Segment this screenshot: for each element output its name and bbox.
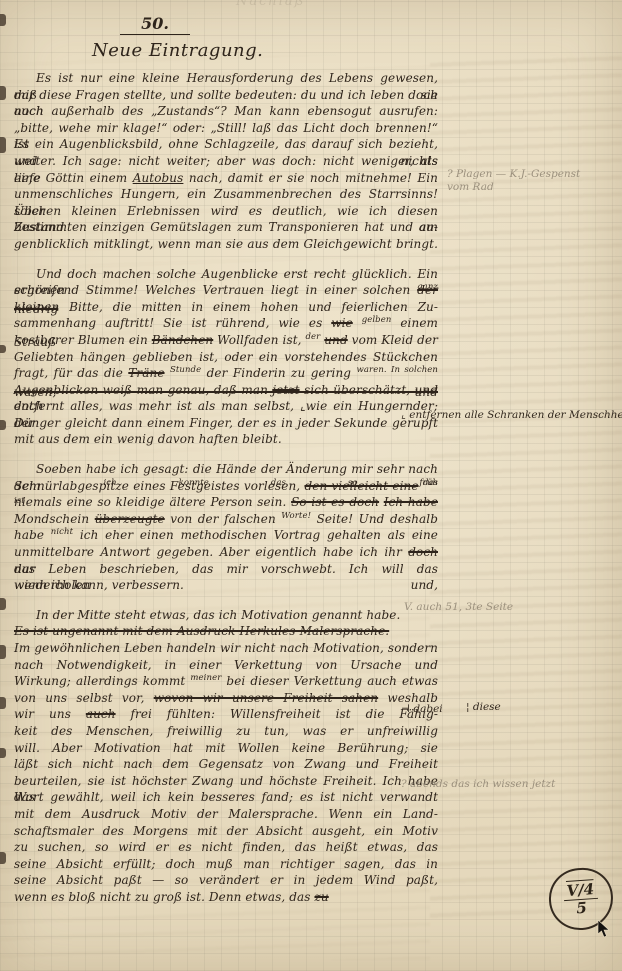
manuscript-line: sammenhang auftritt! Sie ist rührend, wi…	[14, 315, 438, 332]
handwritten-text: niemals eine so kleidige ältere Person s…	[14, 495, 291, 509]
ink-margin-note: ⊣ dabei	[401, 703, 443, 716]
handwritten-text: Im gewöhnlichen Leben handeln wir nicht …	[14, 641, 438, 655]
manuscript-line: wenn es bloß nicht zu groß ist. Denn etw…	[14, 889, 438, 906]
handwritten-text: von uns selbst vor,	[14, 691, 154, 705]
handwritten-text: Augenblicken weiß man genau, daß man	[14, 383, 272, 397]
handwritten-text: Autobus	[133, 171, 184, 185]
manuscript-line: noch außerhalb des „Zustands“? Man kann …	[14, 103, 438, 120]
interlinear-insertion: meiner	[190, 673, 221, 683]
edge-mark	[0, 748, 6, 758]
handwritten-text: will. Aber Motivation hat mit Wollen kei…	[14, 741, 438, 755]
manuscript-line: weiter. Ich sage: nicht weiter; aber was…	[14, 153, 438, 170]
handwritten-text: bei dieser Verkettung auch etwas	[221, 674, 438, 688]
margin-note-line: ⊣ dabei	[401, 703, 443, 716]
handwritten-text: läßt sich nicht nach dem Gegensatz von Z…	[14, 757, 438, 771]
pencil-margin-note: ? Plagen — K.J.-Gespenst vom Rad	[447, 168, 580, 194]
ink-margin-note: ⌞ entfernen alle Schranken der Menschhei…	[401, 409, 622, 422]
handwritten-text: keit des Menschen, freiwillig zu tun, wa…	[14, 724, 438, 738]
handwritten-text: Wollfaden ist,	[213, 333, 305, 347]
manuscript-line: will. Aber Motivation hat mit Wollen kei…	[14, 740, 438, 757]
handwritten-text: genblicklich mitklingt, wenn man sie aus…	[14, 237, 438, 251]
edge-mark	[0, 420, 6, 430]
manuscript-line: mit aus dem ein wenig davon haften bleib…	[14, 431, 438, 448]
handwritten-text: von der falschen	[165, 512, 282, 526]
margin-note-line: ? abends das ich wissen jetzt	[401, 778, 555, 791]
manuscript-line: Soeben habe ich gesagt: die Hände der Än…	[14, 461, 438, 478]
edge-mark	[0, 14, 6, 26]
handwritten-text: wir uns	[14, 707, 86, 721]
manuscript-line: unmittelbare Antwort gegeben. Aber eigen…	[14, 544, 438, 561]
manuscript-line: schaftsmaler des Morgens mit der Absicht…	[14, 823, 438, 840]
manuscript-paragraph: Und doch machen solche Augenblicke erst …	[14, 266, 438, 449]
manuscript-line: kleinen Bitte, die mitten in einem hohen…	[14, 299, 438, 316]
manuscript-body: Es ist nur eine kleine Herausforderung d…	[14, 70, 438, 919]
manuscript-line: nach Notwendigkeit, in einer Verkettung …	[14, 657, 438, 674]
handwritten-text: schaftsmaler des Morgens mit der Absicht…	[14, 824, 438, 838]
interlinear-insertion: ich konnte das so früh	[103, 478, 438, 488]
manuscript-line: fragt, für das die Träne Stunde der Find…	[14, 365, 438, 382]
manuscript-line: Wirkung; allerdings kommt meiner bei die…	[14, 673, 438, 690]
struck-text: Träne	[128, 366, 164, 380]
margin-note-line: ? Plagen — K.J.-Gespenst	[447, 168, 580, 181]
manuscript-line: beurteilen, sie ist höchster Zwang und h…	[14, 773, 438, 790]
faint-pencil-header: Nachlaß	[236, 0, 305, 9]
interlinear-insertion: Worte!	[281, 511, 311, 521]
margin-note-line: vom Rad	[447, 181, 580, 194]
manuscript-line: Mondschein überzeugte von der falschen W…	[14, 511, 438, 528]
struck-text: Es ist ungenannt mit dem Ausdruck Herkul…	[14, 624, 389, 638]
manuscript-line: mit dem Ausdruck Motiv der Malersprache.…	[14, 806, 438, 823]
manuscript-line: von uns selbst vor, wovon wir unsere Fre…	[14, 690, 438, 707]
handwritten-text	[353, 316, 362, 330]
handwritten-text: nach Notwendigkeit, in einer Verkettung …	[14, 658, 438, 672]
handwritten-text: der Finderin zu gering	[201, 366, 356, 380]
manuscript-line: In der Mitte steht etwas, das ich Motiva…	[14, 607, 438, 624]
edge-mark	[0, 86, 6, 100]
handwritten-text: ergreifend Stimme! Welches Vertrauen lie…	[14, 283, 417, 297]
handwritten-text: kostbarer Blumen ein	[14, 333, 152, 347]
interlinear-insertion: ganz	[417, 282, 438, 292]
ink-margin-note: ¦ diese	[466, 701, 501, 714]
handwritten-text: frei fühlten: Willensfreiheit ist die Fä…	[116, 707, 438, 721]
manuscript-paragraph: Soeben habe ich gesagt: die Hände der Än…	[14, 461, 438, 594]
struck-text: So ist es doch	[291, 495, 379, 509]
handwritten-text: wenn es bloß nicht zu groß ist. Denn etw…	[14, 890, 314, 904]
handwritten-text: Dünger gleicht dann einem Finger, der es…	[14, 416, 438, 430]
struck-text: wie	[331, 316, 353, 330]
manuscript-line: keit des Menschen, freiwillig zu tun, wa…	[14, 723, 438, 740]
handwritten-text: Wirkung; allerdings kommt	[14, 674, 190, 688]
struck-text: wovon wir unsere Freiheit sahen	[154, 691, 378, 705]
handwritten-text: Wort gewählt, weil ich kein besseres fan…	[14, 790, 438, 804]
handwritten-text: eine Göttin einem	[14, 171, 133, 185]
handwritten-text: ich eher einen methodischen Vortrag geha…	[73, 528, 438, 542]
struck-text: doch	[408, 545, 438, 559]
handwritten-text: seine Absicht erfüllt; doch muß man rich…	[14, 857, 438, 871]
manuscript-line: ist ein Augenblicksbild, ohne Schlagzeil…	[14, 136, 438, 153]
manuscript-line: habe nicht ich eher einen methodischen V…	[14, 527, 438, 544]
struck-text: zu	[314, 890, 328, 904]
handwritten-text: zu suchen, so wird er es nicht finden, d…	[14, 840, 438, 854]
handwritten-text: Geliebten hängen geblieben ist, oder ein…	[14, 350, 438, 364]
edge-mark	[0, 345, 6, 353]
manuscript-line: bestimmten einzigen Gemütslagen zum Tran…	[14, 219, 438, 236]
margin-note-line: ⌞ entfernen alle Schranken der Menschhei…	[401, 409, 622, 422]
manuscript-line: wir uns auch frei fühlten: Willensfreihe…	[14, 706, 438, 723]
manuscript-line: Dünger gleicht dann einem Finger, der es…	[14, 415, 438, 432]
edge-mark	[0, 645, 6, 659]
manuscript-line: seine Absicht paßt — so verändert er in …	[14, 872, 438, 889]
manuscript-line: kostbarer Blumen ein Bändchen Wollfaden …	[14, 332, 438, 349]
handwritten-text: In der Mitte steht etwas, das ich Motiva…	[36, 608, 400, 622]
pencil-margin-note: ? abends das ich wissen jetzt	[401, 778, 555, 791]
manuscript-line: solchen kleinen Erlebnissen wird es deut…	[14, 203, 438, 220]
manuscript-line: entfernt alles, was mehr ist als man sel…	[14, 398, 438, 415]
handwritten-text: mit dem Ausdruck Motiv der Malersprache.…	[14, 807, 438, 821]
handwritten-text: sammenhang auftritt! Sie ist rührend, wi…	[14, 316, 331, 330]
manuscript-paragraph: In der Mitte steht etwas, das ich Motiva…	[14, 607, 438, 906]
interlinear-insertion: Stunde	[170, 365, 201, 375]
struck-text: Bändchen	[152, 333, 213, 347]
struck-text: jetzt	[272, 383, 299, 397]
interlinear-insertion: waren. In solchen	[357, 365, 438, 375]
manuscript-line: Im gewöhnlichen Leben handeln wir nicht …	[14, 640, 438, 657]
manuscript-line: „bitte, wehe mir klage!“ oder: „Still! l…	[14, 120, 438, 137]
struck-text: überzeugte	[95, 512, 165, 526]
margin-note-line: ¦ diese	[466, 701, 501, 714]
manuscript-line: Es ist ungenannt mit dem Ausdruck Herkul…	[14, 623, 438, 640]
mouse-cursor	[597, 920, 611, 938]
manuscript-line: Es ist nur eine kleine Herausforderung d…	[14, 70, 438, 87]
manuscript-line: unmenschliches Hungern, ein Zusammenbrec…	[14, 186, 438, 203]
handwritten-text: seine Absicht paßt — so verändert er in …	[14, 873, 438, 887]
handwritten-text: Mondschein	[14, 512, 95, 526]
manuscript-line: niemals eine so kleidige ältere Person s…	[14, 494, 438, 511]
struck-text: Ich habe	[384, 495, 438, 509]
manuscript-line: eine Göttin einem Autobus nach, damit er…	[14, 170, 438, 187]
manuscript-line: Und doch machen solche Augenblicke erst …	[14, 266, 438, 283]
interlinear-insertion: gelben	[362, 315, 392, 325]
struck-text: auch	[86, 707, 116, 721]
manuscript-line: mir diese Fragen stellte, und sollte bed…	[14, 87, 438, 104]
interlinear-insertion: nicht	[51, 527, 73, 537]
manuscript-scan-page: Nachlaß 50. Neue Eintragung. Es ist nur …	[0, 0, 622, 971]
edge-mark	[0, 852, 6, 864]
margin-note-line: V. auch 51, 3te Seite	[404, 601, 513, 614]
interlinear-insertion: der	[306, 332, 321, 342]
manuscript-line: läßt sich nicht nach dem Gegensatz von Z…	[14, 756, 438, 773]
manuscript-line: genblicklich mitklingt, wenn man sie aus…	[14, 236, 438, 253]
handwritten-text: noch außerhalb des „Zustands“? Man kann …	[14, 104, 438, 118]
handwritten-text: Seite! Und deshalb	[311, 512, 438, 526]
manuscript-line: ergreifend Stimme! Welches Vertrauen lie…	[14, 282, 438, 299]
edge-mark	[0, 598, 6, 610]
roman-numeral: V/4	[566, 880, 595, 900]
handwritten-text: nach, damit er sie noch mitnehme! Ein	[183, 171, 438, 185]
page-number: 50.	[120, 14, 190, 35]
entry-title: Neue Eintragung.	[92, 40, 263, 61]
manuscript-line: das Leben beschrieben, das mir vorschweb…	[14, 561, 438, 578]
manuscript-paragraph: Es ist nur eine kleine Herausforderung d…	[14, 70, 438, 253]
struck-text: und	[324, 333, 347, 347]
edge-mark	[0, 697, 6, 709]
manuscript-line: seine Absicht erfüllt; doch muß man rich…	[14, 856, 438, 873]
handwritten-text: unmittelbare Antwort gegeben. Aber eigen…	[14, 545, 408, 559]
manuscript-line: Wort gewählt, weil ich kein besseres fan…	[14, 789, 438, 806]
archive-number-bottom: 5	[576, 899, 588, 916]
handwritten-text: vom Kleid der	[348, 333, 438, 347]
handwritten-text: mit aus dem ein wenig davon haften bleib…	[14, 432, 282, 446]
manuscript-line: Augenblicken weiß man genau, daß man jet…	[14, 382, 438, 399]
handwritten-text: fragt, für das die	[14, 366, 128, 380]
handwritten-text: wenn ich kann, verbessern.	[14, 578, 184, 592]
edge-mark	[0, 137, 6, 153]
manuscript-line: Geliebten hängen geblieben ist, oder ein…	[14, 349, 438, 366]
pencil-margin-note: V. auch 51, 3te Seite	[404, 601, 513, 614]
archive-number-top: V/4	[563, 881, 598, 900]
handwritten-text: kleinen Bitte, die mitten in einem hohen…	[14, 300, 438, 314]
handwritten-text: bestimmten einzigen Gemütslagen zum Tran…	[14, 220, 438, 234]
manuscript-line: zu suchen, so wird er es nicht finden, d…	[14, 839, 438, 856]
handwritten-text: habe	[14, 528, 51, 542]
